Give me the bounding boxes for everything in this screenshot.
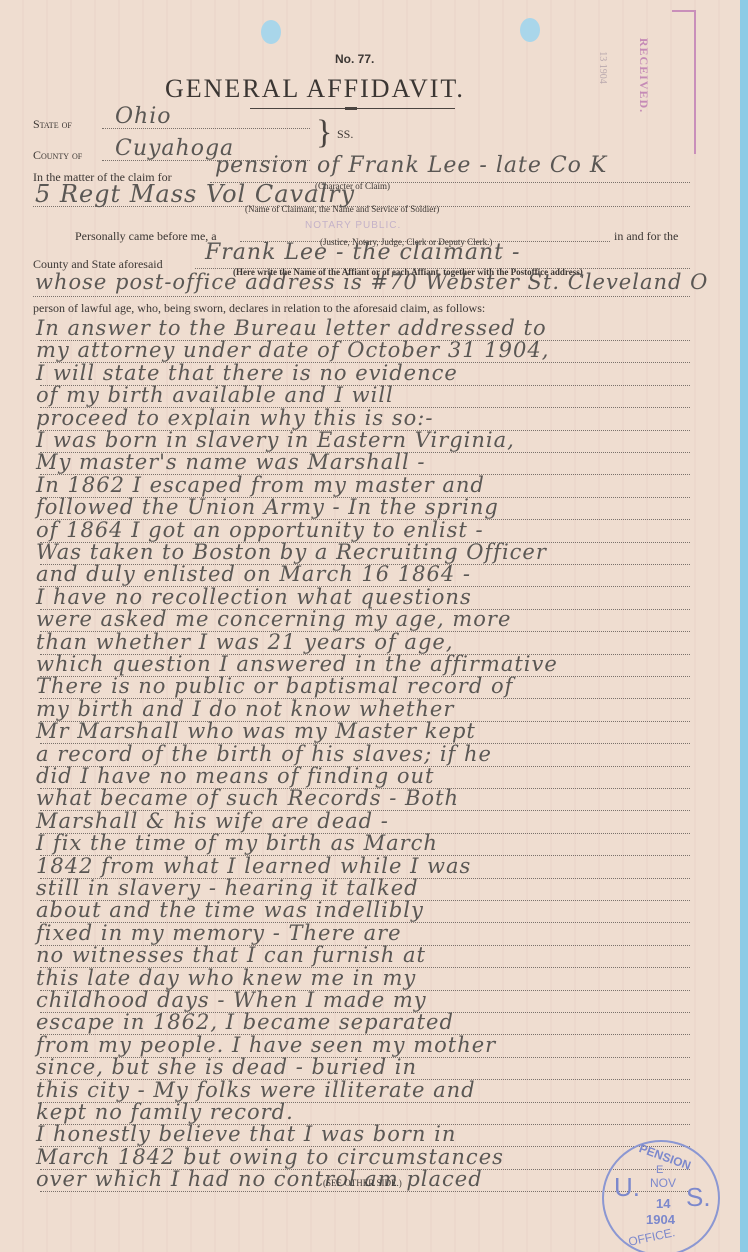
statement-line: which question I answered in the affirma… <box>36 652 558 676</box>
pension-stamp-top: PENSION <box>637 1141 693 1173</box>
see-other-side: (SEE OTHER SIDE.) <box>323 1178 402 1188</box>
statement-line: this late day who knew me in my <box>36 966 416 990</box>
statement-line: were asked me concerning my age, more <box>36 607 511 631</box>
pension-stamp-month: NOV <box>650 1176 676 1190</box>
pension-stamp-bottom: OFFICE. <box>627 1225 676 1249</box>
pension-stamp-day: 14 <box>656 1196 670 1211</box>
county-label: County of <box>33 148 82 163</box>
pension-office-stamp: PENSION E U. S. NOV 14 1904 OFFICE. <box>602 1140 720 1252</box>
statement-line: I have no recollection what questions <box>36 585 472 609</box>
title-rule-ornament <box>345 107 357 110</box>
state-value[interactable]: Ohio <box>115 104 172 129</box>
statement-rule <box>40 1191 690 1192</box>
statement-line: than whether I was 21 years of age, <box>36 630 454 654</box>
statement-line: childhood days - When I made my <box>36 988 427 1012</box>
affidavit-page: RECEIVED. 13 1904 No. 77. GENERAL AFFIDA… <box>0 0 740 1252</box>
statement-line: followed the Union Army - In the spring <box>36 495 499 519</box>
declares-label: person of lawful age, who, being sworn, … <box>33 301 485 316</box>
statement-line: In answer to the Bureau letter addressed… <box>36 316 547 340</box>
statement-line: did I have no means of finding out <box>36 764 434 788</box>
statement-line: My master's name was Marshall - <box>36 450 425 474</box>
statement-line: from my people. I have seen my mother <box>36 1033 496 1057</box>
statement-line: I will state that there is no evidence <box>36 361 458 385</box>
punch-hole-right <box>520 18 540 42</box>
statement-line: kept no family record. <box>36 1100 294 1124</box>
claimant-caption: (Name of Claimant, the Name and Service … <box>245 204 439 214</box>
statement-line: over which I had no control am placed <box>36 1167 483 1191</box>
statement-line: still in slavery - hearing it talked <box>36 876 419 900</box>
pension-stamp-left: U. <box>614 1172 640 1203</box>
statement-line: There is no public or baptismal record o… <box>36 674 513 698</box>
pension-stamp-right: S. <box>686 1182 711 1213</box>
statement-line: escape in 1862, I became separated <box>36 1010 454 1034</box>
statement-line: Was taken to Boston by a Recruiting Offi… <box>36 540 547 564</box>
state-label: State of <box>33 117 72 132</box>
statement-line: 1842 from what I learned while I was <box>36 854 471 878</box>
statement-line: and duly enlisted on March 16 1864 - <box>36 562 471 586</box>
received-stamp-date: 13 1904 <box>597 51 608 84</box>
statement-line: this city - My folks were illiterate and <box>36 1078 476 1102</box>
form-number: No. 77. <box>335 52 374 66</box>
ss-brace: } <box>316 116 332 150</box>
notary-public-stamp: NOTARY PUBLIC. <box>305 220 401 231</box>
statement-line: of 1864 I got an opportunity to enlist - <box>36 518 484 542</box>
form-title: GENERAL AFFIDAVIT. <box>165 74 465 104</box>
statement-line: a record of the birth of his slaves; if … <box>36 742 492 766</box>
statement-line: I fix the time of my birth as March <box>36 831 438 855</box>
received-stamp-text: RECEIVED. <box>636 38 651 113</box>
in-and-for-label: in and for the <box>614 229 678 244</box>
affiant-value[interactable]: Frank Lee - the claimant - <box>205 240 520 265</box>
punch-hole-left <box>261 20 281 44</box>
statement-line: March 1842 but owing to circumstances <box>36 1145 504 1169</box>
statement-line: I honestly believe that I was born in <box>36 1122 456 1146</box>
personally-label: Personally came before me, a <box>75 229 217 244</box>
statement-line: since, but she is dead - buried in <box>36 1055 417 1079</box>
statement-line: my birth and I do not know whether <box>36 697 454 721</box>
pension-stamp-letter: E <box>656 1164 663 1176</box>
statement-line: I was born in slavery in Eastern Virgini… <box>36 428 515 452</box>
statement-line: In 1862 I escaped from my master and <box>36 473 485 497</box>
statement-line: proceed to explain why this is so:- <box>36 406 433 430</box>
received-stamp: RECEIVED. 13 1904 <box>672 10 696 154</box>
statement-line: fixed in my memory - There are <box>36 921 402 945</box>
address-value[interactable]: whose post-office address is #70 Webster… <box>35 270 708 294</box>
statement-line: my attorney under date of October 31 190… <box>36 338 549 362</box>
statement-line: what became of such Records - Both <box>36 786 459 810</box>
statement-line: of my birth available and I will <box>36 383 394 407</box>
statement-line: Mr Marshall who was my Master kept <box>36 719 476 743</box>
statement-line: Marshall & his wife are dead - <box>36 809 389 833</box>
claim-value[interactable]: pension of Frank Lee - late Co K <box>215 153 607 178</box>
statement-line: about and the time was indellibly <box>36 898 424 922</box>
statement-line: no witnesses that I can furnish at <box>36 943 426 967</box>
address-line <box>33 296 690 297</box>
ss-label: SS. <box>337 127 353 142</box>
